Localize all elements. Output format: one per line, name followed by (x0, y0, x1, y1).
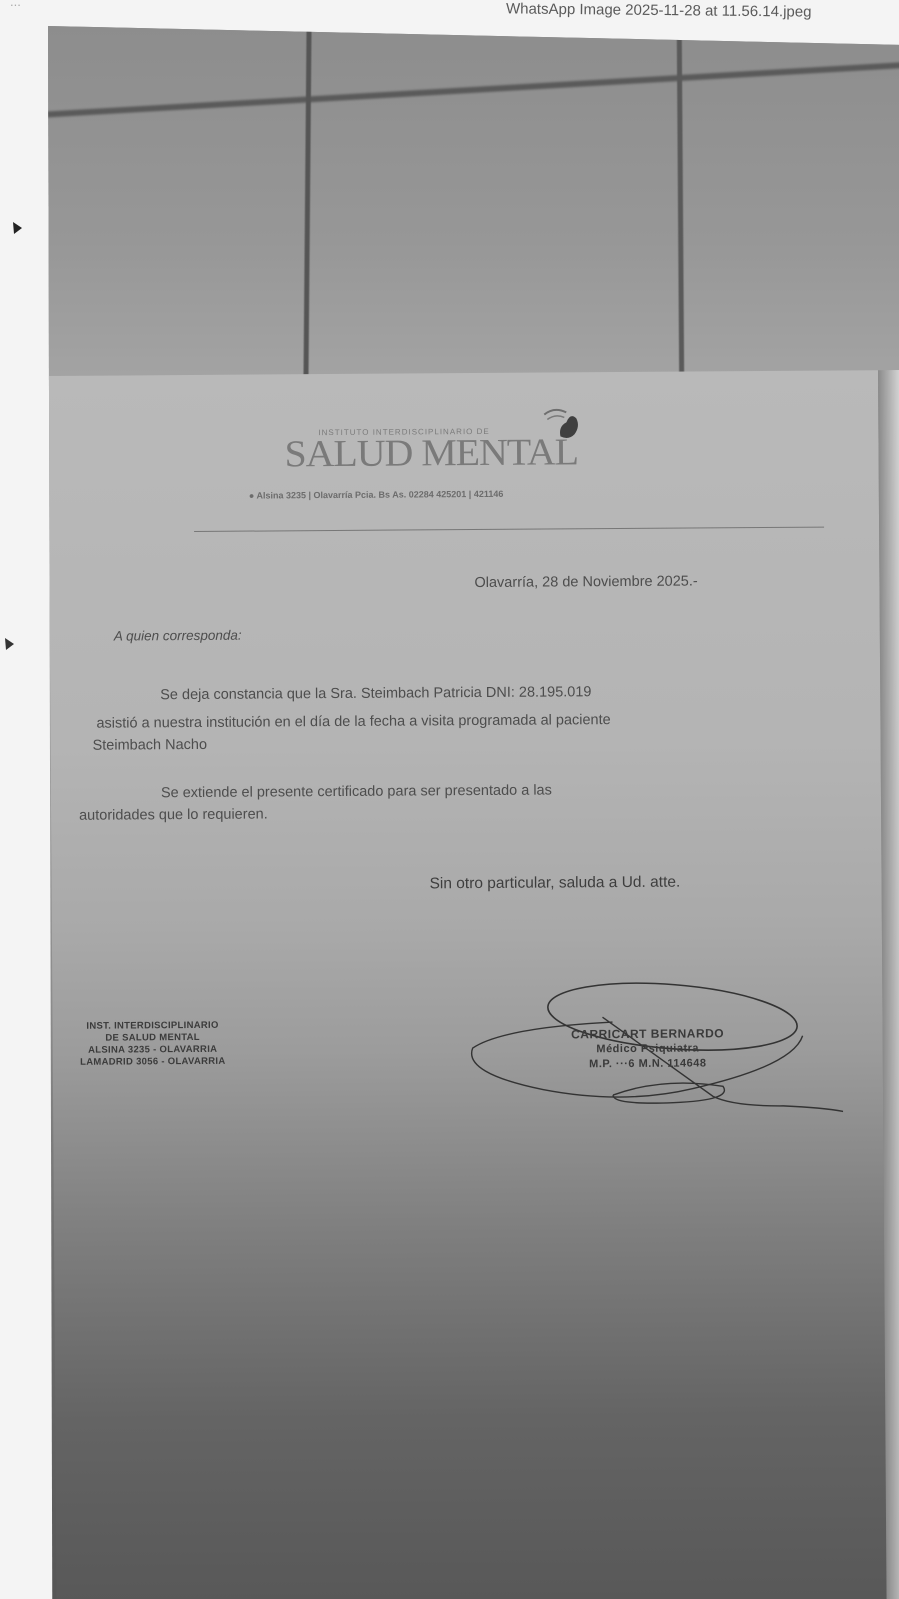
doctor-name: CARRICART BERNARDO (533, 1026, 763, 1043)
doctor-specialty: Médico Psiquiatra (533, 1041, 763, 1058)
institution-stamp: INST. INTERDISCIPLINARIO DE SALUD MENTAL… (53, 1020, 253, 1069)
institute-address: ● Alsina 3235 | Olavarría Pcia. Bs As. 0… (249, 489, 504, 501)
wall-tile-line (303, 26, 311, 381)
letter-body-line: asistió a nuestra institución en el día … (96, 712, 610, 732)
institute-title: SALUD MENTAL (284, 430, 578, 476)
wall-tile-line (48, 61, 899, 118)
wall-background (48, 26, 899, 386)
letter-date: Olavarría, 28 de Noviembre 2025.- (474, 573, 697, 591)
margin-mark-icon (10, 220, 24, 236)
address-text: Alsina 3235 | Olavarría Pcia. Bs As. 022… (256, 489, 503, 501)
letter-salutation: A quien corresponda: (114, 628, 242, 644)
letter-closing: Sin otro particular, saluda a Ud. atte. (429, 874, 680, 894)
image-filename: WhatsApp Image 2025-11-28 at 11.56.14.jp… (505, 0, 811, 20)
doctor-license: M.P. ···6 M.N. 114648 (533, 1056, 763, 1073)
location-pin-icon: ● (249, 491, 255, 501)
viewer-header-fragment: ... (10, 0, 21, 9)
margin-mark-icon (2, 636, 16, 652)
paper-edge (878, 370, 899, 1599)
stamp-line: LAMADRID 3056 - OLAVARRIA (53, 1056, 253, 1069)
letter-body-line: autoridades que lo requieren. (79, 806, 268, 823)
wall-tile-line (677, 36, 684, 381)
letter-body-line: Se deja constancia que la Sra. Steimbach… (160, 684, 591, 703)
doctor-stamp: CARRICART BERNARDO Médico Psiquiatra M.P… (533, 1026, 763, 1073)
letter-body-line: Se extiende el presente certificado para… (161, 782, 552, 801)
letter-body-line: Steimbach Nacho (93, 737, 208, 754)
letterhead: Instituto Interdisciplinario de SALUD ME… (108, 391, 808, 396)
document-photo: Instituto Interdisciplinario de SALUD ME… (48, 26, 899, 1599)
letterhead-divider (194, 527, 824, 532)
certificate-paper: Instituto Interdisciplinario de SALUD ME… (48, 370, 887, 1599)
